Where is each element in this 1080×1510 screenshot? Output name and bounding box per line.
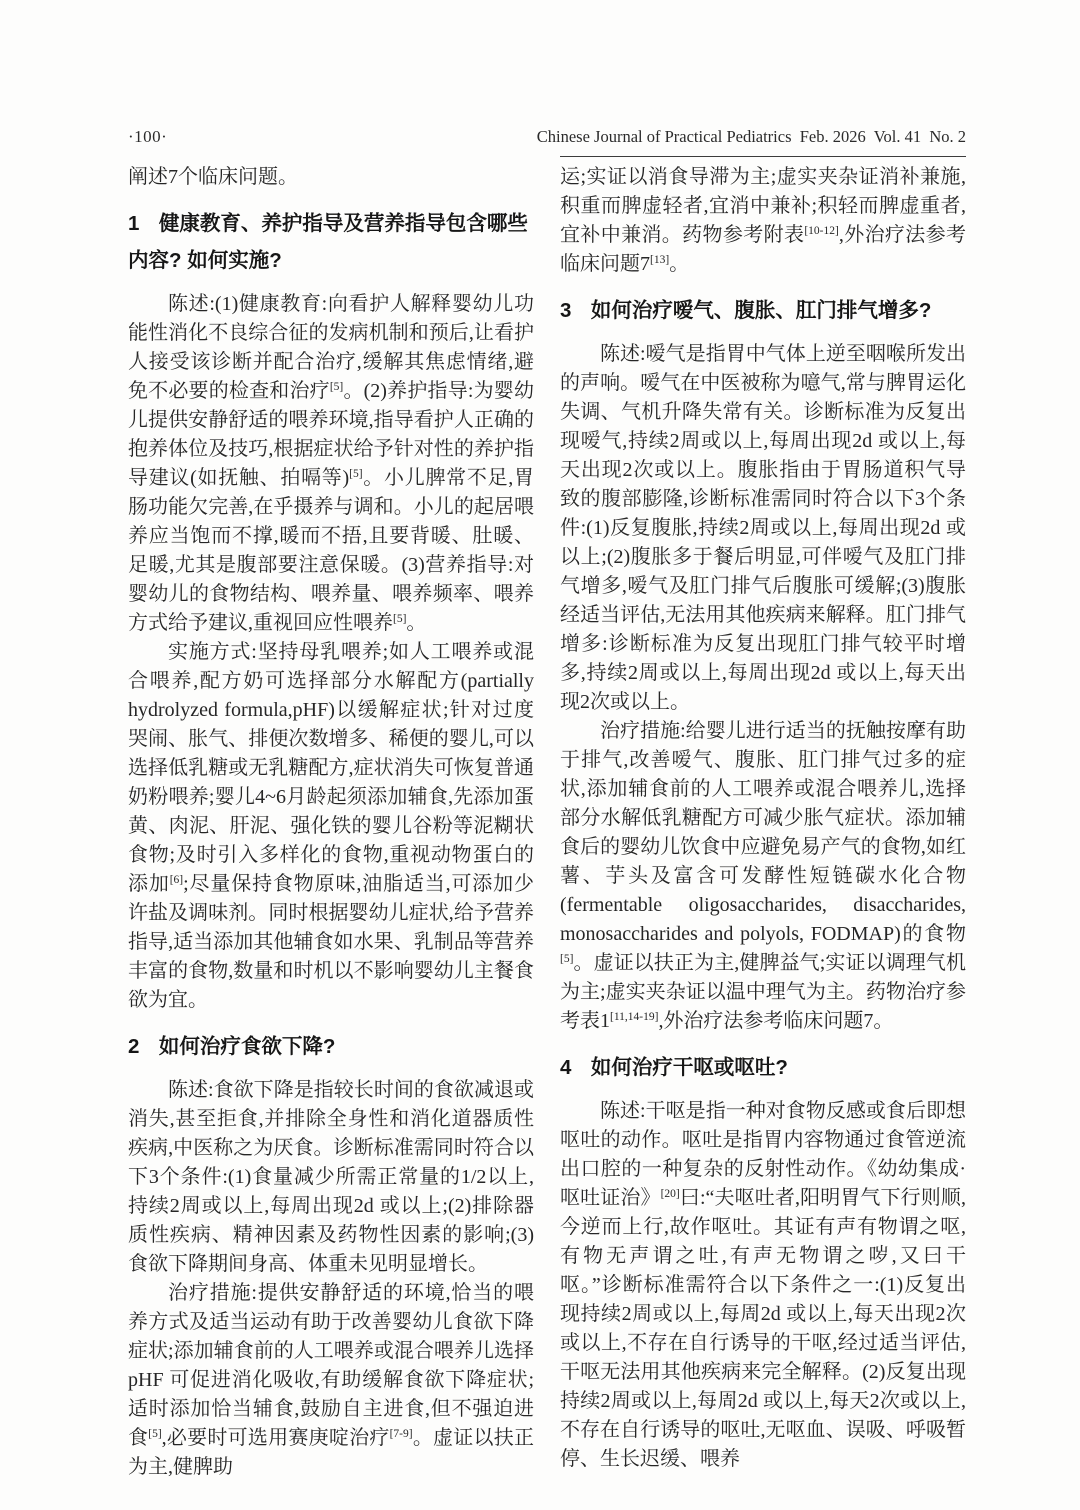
treatment-paragraph-s2-continued: 运;实证以消食导滞为主;虚实夹杂证消补兼施,积重而脾虚轻者,宜消中兼补;积轻而脾…	[560, 163, 966, 279]
implementation-paragraph-s1: 实施方式:坚持母乳喂养;如人工喂养或混合喂养,配方奶可选择部分水解配方(part…	[128, 638, 534, 1015]
header-rule	[560, 156, 966, 157]
section-heading-3: 3如何治疗嗳气、腹胀、肛门排气增多?	[560, 292, 966, 329]
section-title: 健康教育、养护指导及营养指导包含哪些内容? 如何实施?	[128, 212, 528, 272]
statement-paragraph-s4: 陈述:干呕是指一种对食物反感或食后即想呕吐的动作。呕吐是指胃内容物通过食管逆流出…	[560, 1097, 966, 1474]
section-number: 2	[128, 1035, 139, 1058]
section-number: 3	[560, 299, 571, 322]
section-heading-1: 1健康教育、养护指导及营养指导包含哪些内容? 如何实施?	[128, 205, 534, 279]
reference-superscript: [5]	[560, 953, 573, 965]
reference-superscript: [13]	[650, 254, 669, 266]
intro-paragraph: 阐述7个临床问题。	[128, 163, 534, 192]
section-number: 4	[560, 1056, 571, 1079]
reference-superscript: [5]	[349, 468, 362, 480]
statement-paragraph-s3: 陈述:嗳气是指胃中气体上逆至咽喉所发出的声响。嗳气在中医被称为噫气,常与脾胃运化…	[560, 340, 966, 717]
page-number: ·100·	[128, 127, 167, 147]
section-number: 1	[128, 212, 139, 235]
statement-paragraph-s2: 陈述:食欲下降是指较长时间的食欲减退或消失,甚至拒食,并排除全身性和消化道器质性…	[128, 1076, 534, 1279]
reference-superscript: [10-12]	[804, 225, 839, 237]
statement-paragraph-s1: 陈述:(1)健康教育:向看护人解释婴幼儿功能性消化不良综合征的发病机制和预后,让…	[128, 290, 534, 638]
reference-superscript: [20]	[661, 1188, 680, 1200]
reference-superscript: [5]	[330, 381, 343, 393]
reference-superscript: [6]	[170, 874, 183, 886]
section-title: 如何治疗嗳气、腹胀、肛门排气增多?	[591, 299, 932, 322]
column-right: 运;实证以消食导滞为主;虚实夹杂证消补兼施,积重而脾虚轻者,宜消中兼补;积轻而脾…	[560, 163, 966, 1482]
reference-superscript: [11,14-19]	[610, 1011, 658, 1023]
reference-superscript: [7-9]	[390, 1428, 413, 1440]
section-heading-4: 4如何治疗干呕或呕吐?	[560, 1049, 966, 1086]
journal-title: Chinese Journal of Practical Pediatrics …	[537, 127, 966, 147]
reference-superscript: [5]	[393, 613, 406, 625]
section-title: 如何治疗食欲下降?	[159, 1035, 336, 1058]
treatment-paragraph-s2: 治疗措施:提供安静舒适的环境,恰当的喂养方式及适当运动有助于改善婴幼儿食欲下降症…	[128, 1279, 534, 1482]
page-content: 阐述7个临床问题。 1健康教育、养护指导及营养指导包含哪些内容? 如何实施? 陈…	[128, 163, 966, 1482]
page-header: ·100· Chinese Journal of Practical Pedia…	[128, 127, 966, 147]
section-heading-2: 2如何治疗食欲下降?	[128, 1028, 534, 1065]
treatment-paragraph-s3: 治疗措施:给婴儿进行适当的抚触按摩有助于排气,改善嗳气、腹胀、肛门排气过多的症状…	[560, 717, 966, 1036]
reference-superscript: [5]	[148, 1428, 161, 1440]
column-left: 阐述7个临床问题。 1健康教育、养护指导及营养指导包含哪些内容? 如何实施? 陈…	[128, 163, 534, 1482]
section-title: 如何治疗干呕或呕吐?	[591, 1056, 788, 1079]
journal-page: ·100· Chinese Journal of Practical Pedia…	[0, 0, 1080, 1510]
